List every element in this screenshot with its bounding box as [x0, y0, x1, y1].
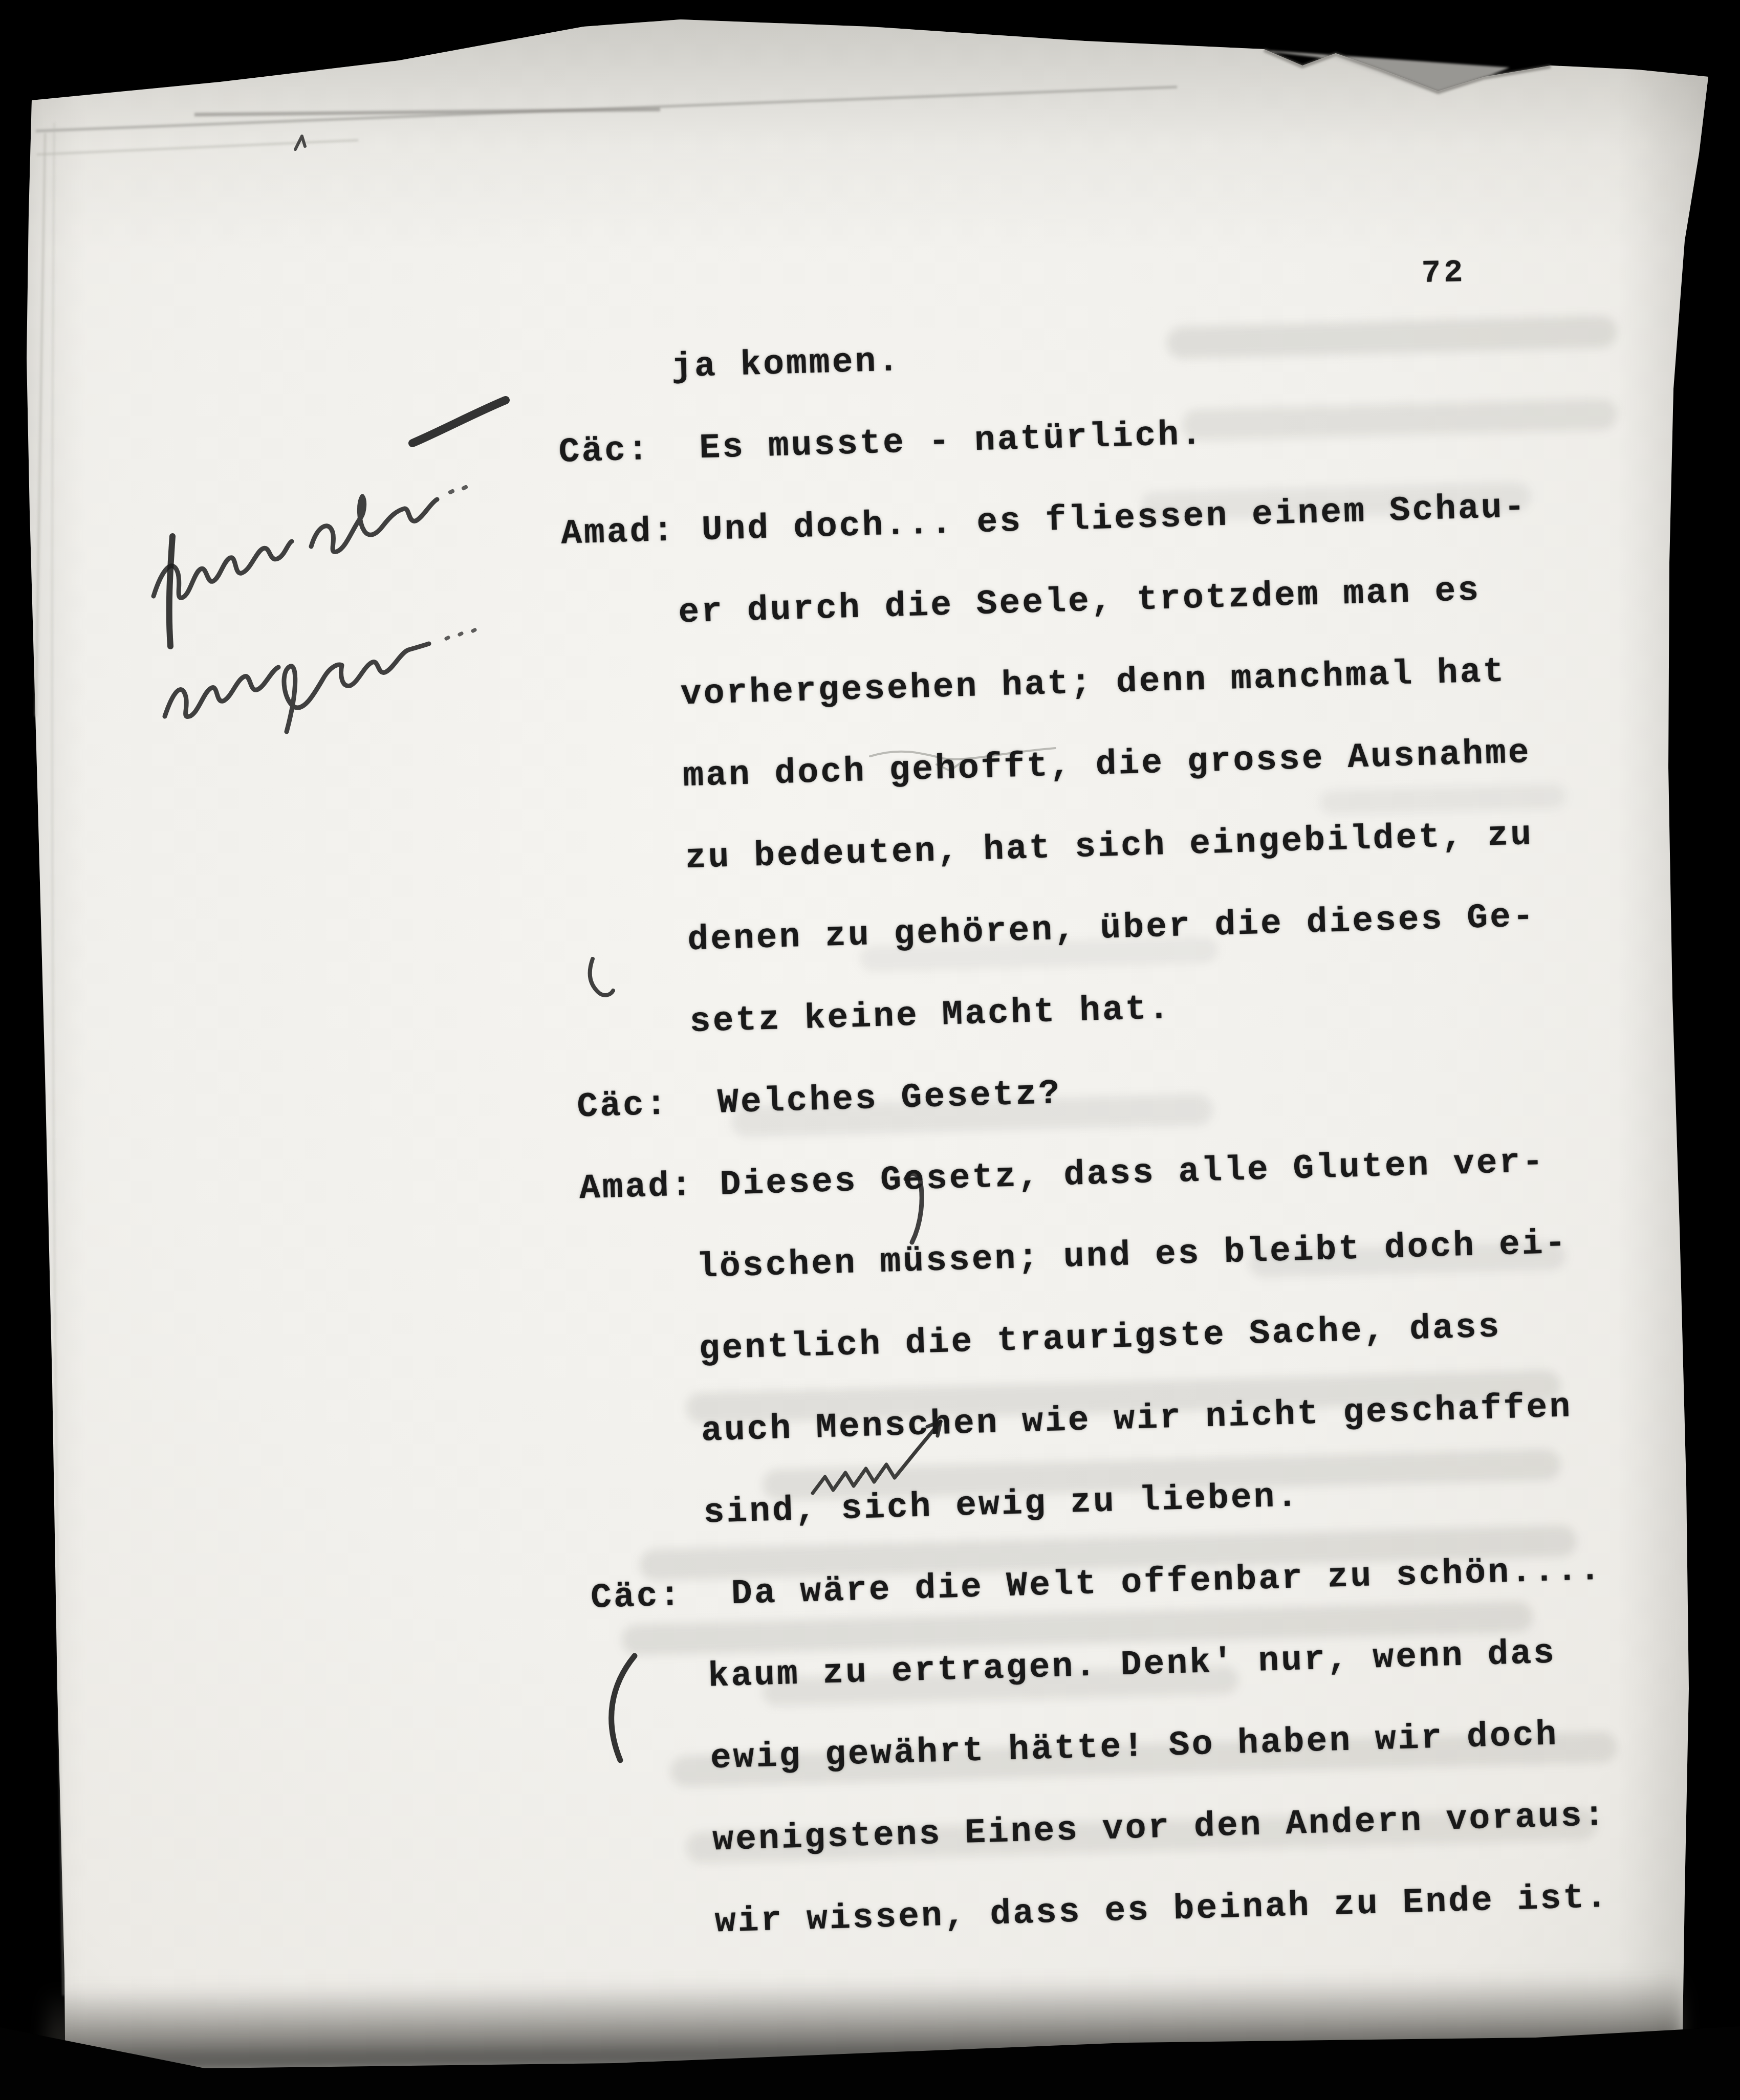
cursive-line-2b	[284, 644, 429, 732]
torn-edge-shading	[1249, 49, 1551, 95]
speaker-label: Cäc:	[557, 409, 651, 494]
dialogue-text: Welches Gesetz?	[716, 1053, 1062, 1145]
speaker-label: Amad:	[578, 1145, 695, 1230]
vertical-stroke	[169, 536, 172, 646]
pen-dash	[412, 400, 506, 443]
cursive-line-1b	[311, 496, 437, 552]
cursive-line-2-dots	[446, 630, 475, 639]
dialogue-text: sind, sich ewig zu lieben.	[702, 1456, 1300, 1554]
dialogue-text: ja kommen.	[670, 320, 902, 408]
typed-dialogue: ja kommen. Cäc:Es musste - natürlich. Am…	[555, 299, 1701, 1967]
speaker-label: Amad:	[560, 491, 677, 576]
page-number: 72	[1421, 254, 1466, 292]
speaker-label: Cäc:	[576, 1064, 670, 1148]
cursive-line-1-dots	[450, 487, 466, 492]
scanned-manuscript-screenshot: { "page": { "number": "72" }, "transcrip…	[0, 0, 1740, 2100]
dialogue-text: setz keine Macht hat.	[689, 968, 1172, 1063]
dialogue-text: Es musste - natürlich.	[698, 394, 1205, 490]
cursive-line-2a	[165, 667, 278, 716]
speaker-label: Cäc:	[590, 1555, 684, 1639]
